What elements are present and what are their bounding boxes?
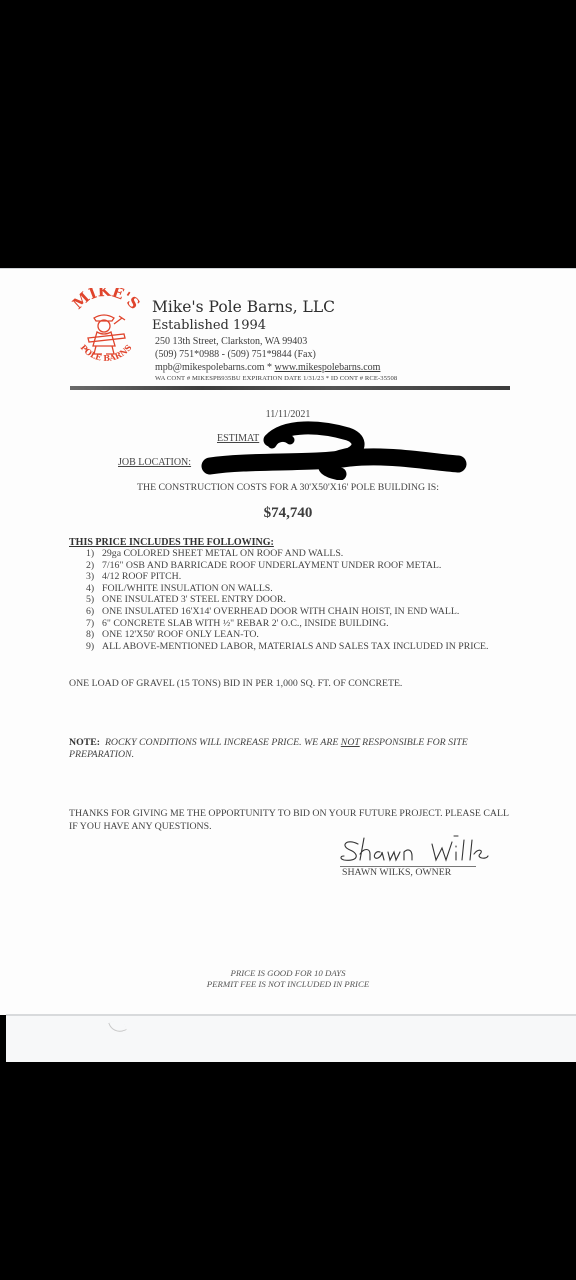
list-item: 9)ALL ABOVE-MENTIONED LABOR, MATERIALS A… — [86, 641, 488, 653]
total-price: $74,740 — [0, 505, 576, 522]
list-item: 7)6" CONCRETE SLAB WITH ½" REBAR 2' O.C.… — [86, 618, 488, 630]
signature — [336, 834, 496, 866]
company-logo-icon: MIKE'S POLE BARNS — [64, 288, 148, 372]
site-note: NOTE: ROCKY CONDITIONS WILL INCREASE PRI… — [69, 737, 514, 761]
list-item-text: ONE INSULATED 3' STEEL ENTRY DOOR. — [102, 594, 286, 605]
established-year: Established 1994 — [152, 318, 266, 333]
redaction-mark — [190, 418, 470, 480]
list-item-number: 3) — [86, 571, 102, 583]
job-location-label: JOB LOCATION: — [118, 457, 191, 468]
list-item-text: 29ga COLORED SHEET METAL ON ROOF AND WAL… — [102, 548, 343, 559]
list-item-number: 7) — [86, 618, 102, 630]
list-item-number: 9) — [86, 641, 102, 653]
license-info: WA CONT # MIKESPB935BU EXPIRATION DATE 1… — [155, 375, 397, 382]
list-item: 6)ONE INSULATED 16'X14' OVERHEAD DOOR WI… — [86, 606, 488, 618]
list-item-text: 6" CONCRETE SLAB WITH ½" REBAR 2' O.C., … — [102, 618, 389, 629]
company-phone-fax: (509) 751*0988 - (509) 751*9844 (Fax) — [155, 349, 316, 360]
list-item: 1)29ga COLORED SHEET METAL ON ROOF AND W… — [86, 548, 488, 560]
list-item-number: 8) — [86, 629, 102, 641]
cost-statement: THE CONSTRUCTION COSTS FOR A 30'X50'X16'… — [0, 482, 576, 493]
list-item: 3)4/12 ROOF PITCH. — [86, 571, 488, 583]
list-item-text: ALL ABOVE-MENTIONED LABOR, MATERIALS AND… — [102, 641, 488, 652]
note-text-before: ROCKY CONDITIONS WILL INCREASE PRICE. WE… — [105, 737, 341, 748]
included-items-list: 1)29ga COLORED SHEET METAL ON ROOF AND W… — [86, 548, 488, 652]
header-divider — [70, 386, 510, 390]
company-name: Mike's Pole Barns, LLC — [152, 298, 335, 316]
company-email[interactable]: mpb@mikespolebarns.com — [155, 362, 264, 373]
svg-text:MIKE'S: MIKE'S — [69, 288, 143, 313]
note-label: NOTE: — [69, 737, 100, 748]
scan-artifact — [108, 1018, 127, 1035]
list-item-number: 5) — [86, 594, 102, 606]
list-item-number: 2) — [86, 560, 102, 572]
scanner-margin — [6, 1014, 576, 1062]
list-item: 5)ONE INSULATED 3' STEEL ENTRY DOOR. — [86, 594, 488, 606]
signer-name: SHAWN WILKS, OWNER — [342, 867, 451, 878]
price-validity-note: PRICE IS GOOD FOR 10 DAYS — [0, 968, 576, 978]
list-item-text: ONE 12'X50' ROOF ONLY LEAN-TO. — [102, 629, 259, 640]
list-item: 4)FOIL/WHITE INSULATION ON WALLS. — [86, 583, 488, 595]
company-website-link[interactable]: www.mikespolebarns.com — [274, 362, 380, 373]
list-item-number: 4) — [86, 583, 102, 595]
list-item-text: ONE INSULATED 16'X14' OVERHEAD DOOR WITH… — [102, 606, 459, 617]
contact-separator: * — [264, 362, 274, 373]
list-item-text: 7/16" OSB AND BARRICADE ROOF UNDERLAYMEN… — [102, 560, 441, 571]
list-item-text: 4/12 ROOF PITCH. — [102, 571, 181, 582]
list-item-number: 6) — [86, 606, 102, 618]
company-contact: mpb@mikespolebarns.com * www.mikespoleba… — [155, 362, 380, 373]
company-address: 250 13th Street, Clarkston, WA 99403 — [155, 336, 307, 347]
list-item-text: FOIL/WHITE INSULATION ON WALLS. — [102, 583, 273, 594]
list-item: 2)7/16" OSB AND BARRICADE ROOF UNDERLAYM… — [86, 560, 488, 572]
gravel-statement: ONE LOAD OF GRAVEL (15 TONS) BID IN PER … — [69, 678, 402, 689]
includes-heading: THIS PRICE INCLUDES THE FOLLOWING: — [69, 537, 274, 548]
closing-thanks: THANKS FOR GIVING ME THE OPPORTUNITY TO … — [69, 807, 514, 833]
list-item-number: 1) — [86, 548, 102, 560]
permit-fee-note: PERMIT FEE IS NOT INCLUDED IN PRICE — [0, 979, 576, 989]
note-emphasis: NOT — [341, 737, 360, 748]
list-item: 8)ONE 12'X50' ROOF ONLY LEAN-TO. — [86, 629, 488, 641]
